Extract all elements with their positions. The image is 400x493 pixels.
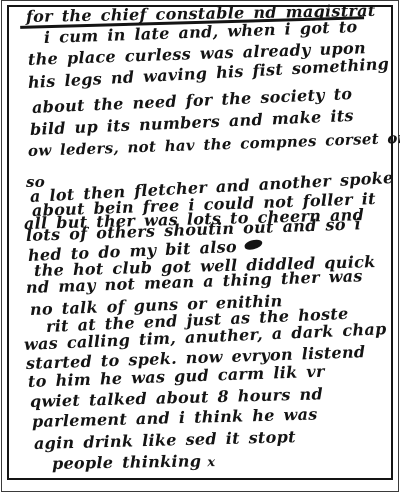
handwriting-line: people thinkingx: [52, 453, 216, 472]
ink-blot-icon: [244, 239, 263, 251]
end-mark: x: [207, 455, 215, 470]
handwriting-text: people thinking: [52, 451, 202, 473]
scanned-handwritten-page: for the chief constable nd magistrati cu…: [0, 0, 400, 493]
